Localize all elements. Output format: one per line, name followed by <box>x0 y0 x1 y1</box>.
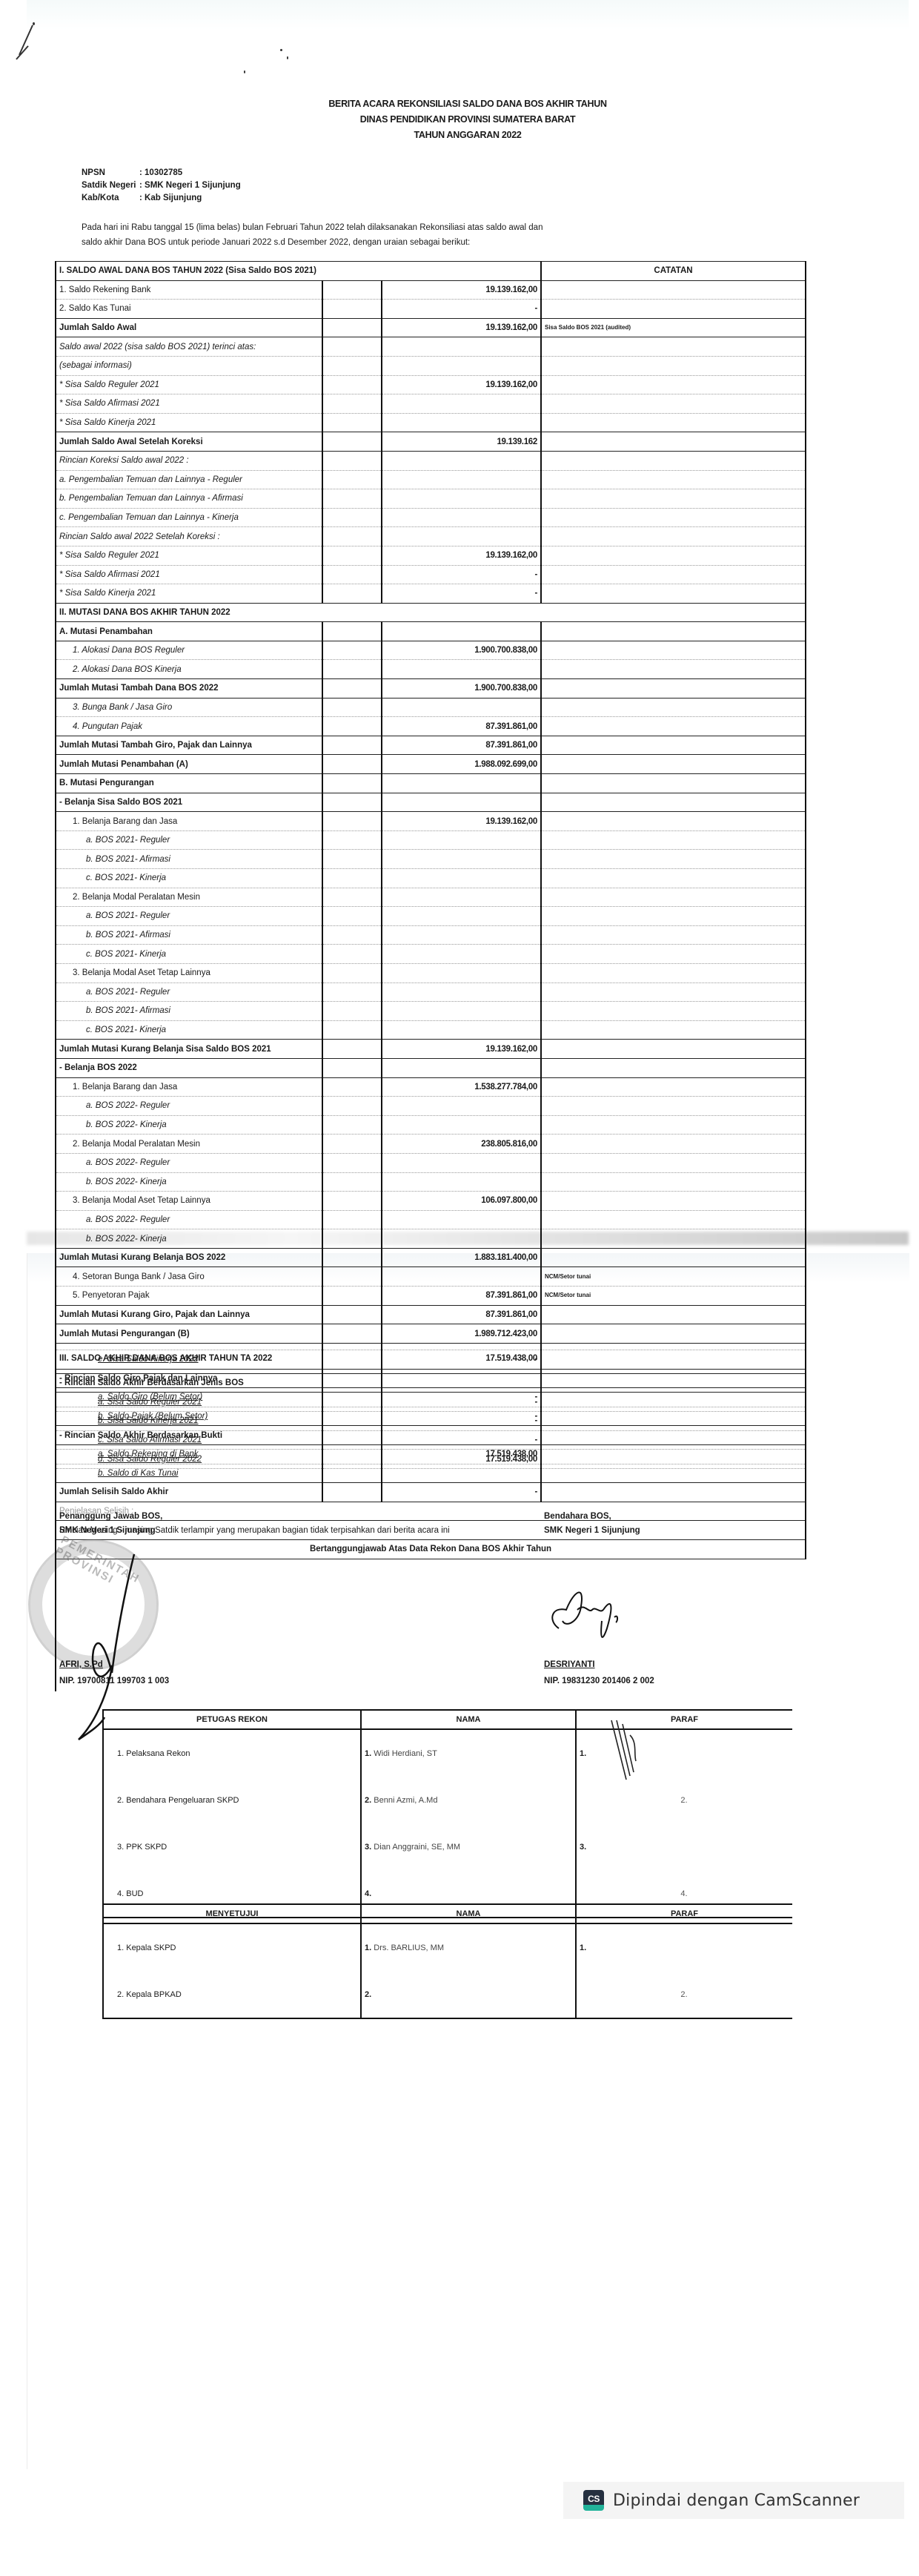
row-note <box>541 1350 806 1370</box>
row-note <box>541 945 806 964</box>
row-value: - <box>382 300 541 319</box>
role-cell: 2. Kepala BPKAD <box>103 1971 361 2018</box>
row-value <box>382 489 541 509</box>
row-note <box>541 413 806 432</box>
paraf-scribble <box>608 1720 652 1787</box>
document-title: BERITA ACARA REKONSILIASI SALDO DANA BOS… <box>27 96 909 143</box>
table-row: 3. Bunga Bank / Jasa Giro <box>56 698 806 717</box>
table-row: B. Mutasi Pengurangan <box>56 774 806 793</box>
blank-cell <box>322 1464 382 1483</box>
blank-cell <box>322 793 382 812</box>
table-row: Jumlah Mutasi Pengurangan (B)1.989.712.4… <box>56 1324 806 1344</box>
table-row: 1. Saldo Rekening Bank19.139.162,00 <box>56 280 806 300</box>
blank-cell <box>322 850 382 869</box>
table-row: Jumlah Mutasi Tambah Dana BOS 20221.900.… <box>56 679 806 699</box>
row-note <box>541 698 806 717</box>
meta-npsn: NPSN: 10302785 <box>82 167 241 179</box>
row-label: * Sisa Saldo Afirmasi 2021 <box>56 565 322 584</box>
blank-cell <box>322 1192 382 1211</box>
blank-cell <box>322 300 382 319</box>
table-row: 1. Alokasi Dana BOS Reguler1.900.700.838… <box>56 641 806 660</box>
paraf-cell: 2. <box>576 1971 792 2018</box>
row-note <box>541 1153 806 1172</box>
blank-cell <box>322 527 382 546</box>
row-value <box>382 982 541 1002</box>
row-value <box>382 963 541 982</box>
table-row: c. Pengembalian Temuan dan Lainnya - Kin… <box>56 508 806 527</box>
section-label: II. MUTASI DANA BOS AKHIR TAHUN 2022 <box>56 603 806 622</box>
row-label: * Sisa Saldo Reguler 2021 <box>56 375 322 394</box>
blank-cell <box>322 830 382 850</box>
blank-cell <box>322 1058 382 1077</box>
table-row: Jumlah Saldo Awal19.139.162,00Sisa Saldo… <box>56 318 806 337</box>
row-label: a. Saldo Rekening di Bank <box>56 1444 322 1464</box>
signature-left: Penanggung Jawab BOS, SMK Negeri 1 Sijun… <box>55 1510 371 1691</box>
row-label: a. BOS 2021- Reguler <box>56 830 322 850</box>
row-label: 2. Alokasi Dana BOS Kinerja <box>56 660 322 679</box>
menyetujui-header: MENYETUJUI <box>103 1904 361 1923</box>
row-label: * Sisa Saldo Afirmasi 2021 <box>56 394 322 414</box>
row-label: c. BOS 2021- Kinerja <box>56 869 322 888</box>
nama-header: NAMA <box>361 1904 576 1923</box>
nama-header: NAMA <box>361 1710 576 1729</box>
table-row: - Rincian Saldo Akhir Berdasarkan Bukti <box>56 1426 806 1445</box>
blank-cell <box>322 546 382 565</box>
row-value: 87.391.861,00 <box>382 736 541 755</box>
blank-cell <box>322 356 382 375</box>
row-note <box>541 1229 806 1249</box>
row-label: 3. Bunga Bank / Jasa Giro <box>56 698 322 717</box>
blank-cell <box>322 982 382 1002</box>
row-value <box>382 1172 541 1192</box>
blank-cell <box>322 318 382 337</box>
row-value <box>382 470 541 489</box>
table-row: b. BOS 2022- Kinerja <box>56 1172 806 1192</box>
blank-cell <box>322 1426 382 1445</box>
table-row: e. Sisa Saldo Kinerja 2022- <box>56 1350 806 1370</box>
row-label: B. Mutasi Pengurangan <box>56 774 322 793</box>
row-value <box>382 451 541 470</box>
row-value: - <box>382 1388 541 1407</box>
blank-cell <box>322 755 382 774</box>
row-value: - <box>382 1483 541 1502</box>
blank-cell <box>322 413 382 432</box>
table-row: b. Saldo di Kas Tunai <box>56 1464 806 1483</box>
meta-kabkota: Kab/Kota: Kab Sijunjung <box>82 192 241 205</box>
row-label: Jumlah Saldo Awal Setelah Koreksi <box>56 432 322 452</box>
row-label: b. Pengembalian Temuan dan Lainnya - Afi… <box>56 489 322 509</box>
table-row: 1. Pelaksana Rekon1. Widi Herdiani, ST1. <box>103 1729 792 1777</box>
reconciliation-table-page-1: I. SALDO AWAL DANA BOS TAHUN 2022 (Sisa … <box>55 261 806 1469</box>
table-row: c. BOS 2021- Kinerja <box>56 1020 806 1040</box>
table-row: Saldo awal 2022 (sisa saldo BOS 2021) te… <box>56 337 806 357</box>
blank-cell <box>322 1020 382 1040</box>
row-label: 1. Saldo Rekening Bank <box>56 280 322 300</box>
row-label: Jumlah Mutasi Penambahan (A) <box>56 755 322 774</box>
row-note <box>541 793 806 812</box>
row-value <box>382 774 541 793</box>
row-value <box>382 508 541 527</box>
scan-speck <box>244 70 245 73</box>
row-value: 1.988.092.699,00 <box>382 755 541 774</box>
blank-cell <box>322 508 382 527</box>
blank-cell <box>322 1097 382 1116</box>
row-label: Jumlah Mutasi Pengurangan (B) <box>56 1324 322 1344</box>
row-value <box>382 925 541 945</box>
table-row: 4. Setoran Bunga Bank / Jasa GiroNCM/Set… <box>56 1267 806 1287</box>
row-note <box>541 1192 806 1211</box>
row-value: - <box>382 565 541 584</box>
blank-cell <box>322 470 382 489</box>
row-note <box>541 546 806 565</box>
row-label: 1. Belanja Barang dan Jasa <box>56 1077 322 1097</box>
blank-cell <box>322 869 382 888</box>
row-note <box>541 1388 806 1407</box>
row-value <box>382 1229 541 1249</box>
table-row: Jumlah Mutasi Penambahan (A)1.988.092.69… <box>56 755 806 774</box>
table-row: b. BOS 2022- Kinerja <box>56 1229 806 1249</box>
row-label: * Sisa Saldo Kinerja 2021 <box>56 413 322 432</box>
blank-cell <box>322 888 382 907</box>
row-value: 238.805.816,00 <box>382 1135 541 1154</box>
row-label: a. BOS 2022- Reguler <box>56 1097 322 1116</box>
row-label: a. Pengembalian Temuan dan Lainnya - Reg… <box>56 470 322 489</box>
row-note <box>541 679 806 699</box>
table-row: Jumlah Saldo Awal Setelah Koreksi19.139.… <box>56 432 806 452</box>
row-label: 4. Pungutan Pajak <box>56 717 322 736</box>
table-row: 3. Belanja Modal Aset Tetap Lainnya106.0… <box>56 1192 806 1211</box>
table-row: a. BOS 2021- Reguler <box>56 830 806 850</box>
row-label: b. Saldo Pajak (Belum Setor) <box>56 1407 322 1426</box>
blank-cell <box>322 1135 382 1154</box>
table-row: 2. Saldo Kas Tunai- <box>56 300 806 319</box>
row-value: 19.139.162,00 <box>382 812 541 831</box>
right-signer-org: SMK Negeri 1 Sijunjung <box>544 1524 796 1538</box>
blank-cell <box>322 1248 382 1267</box>
blank-cell <box>322 1444 382 1464</box>
row-value <box>382 793 541 812</box>
row-label: 2. Belanja Modal Peralatan Mesin <box>56 1135 322 1154</box>
row-note <box>541 850 806 869</box>
row-note <box>541 982 806 1002</box>
scan-speck <box>280 49 282 51</box>
table-row: A. Mutasi Penambahan <box>56 622 806 641</box>
row-value <box>382 1097 541 1116</box>
blank-cell <box>322 1172 382 1192</box>
row-value <box>382 337 541 357</box>
blank-cell <box>322 451 382 470</box>
blank-cell <box>322 641 382 660</box>
row-note <box>541 641 806 660</box>
title-line-2: DINAS PENDIDIKAN PROVINSI SUMATERA BARAT <box>27 112 909 128</box>
row-label: a. BOS 2021- Reguler <box>56 907 322 926</box>
name-cell: 3. Dian Anggraini, SE, MM <box>361 1823 576 1870</box>
blank-cell <box>322 584 382 604</box>
row-label: b. BOS 2022- Kinerja <box>56 1172 322 1192</box>
row-value: 1.900.700.838,00 <box>382 679 541 699</box>
table-row: b. BOS 2021- Afirmasi <box>56 850 806 869</box>
row-note <box>541 812 806 831</box>
blank-cell <box>322 945 382 964</box>
row-value: - <box>382 1350 541 1370</box>
scan-mark <box>13 25 36 62</box>
row-note <box>541 717 806 736</box>
name-cell: 2. Benni Azmi, A.Md <box>361 1777 576 1823</box>
row-value <box>382 1115 541 1135</box>
table-row: a. Saldo Giro (Belum Setor)- <box>56 1388 806 1407</box>
scan-speck <box>287 56 288 59</box>
table-row: 3. Belanja Modal Aset Tetap Lainnya <box>56 963 806 982</box>
paraf-header: PARAF <box>576 1904 792 1923</box>
blank-cell <box>322 489 382 509</box>
row-value <box>382 869 541 888</box>
section-label: I. SALDO AWAL DANA BOS TAHUN 2022 (Sisa … <box>56 262 541 281</box>
row-note <box>541 622 806 641</box>
row-note <box>541 432 806 452</box>
name-cell: 1. Widi Herdiani, ST <box>361 1729 576 1777</box>
row-label: 5. Penyetoran Pajak <box>56 1287 322 1306</box>
paraf-cell: 1. <box>576 1923 792 1971</box>
row-label: A. Mutasi Penambahan <box>56 622 322 641</box>
row-note <box>541 925 806 945</box>
row-value: 19.139.162,00 <box>382 280 541 300</box>
table-row: 4. Pungutan Pajak87.391.861,00 <box>56 717 806 736</box>
table-row: Jumlah Mutasi Kurang Belanja Sisa Saldo … <box>56 1040 806 1059</box>
row-label: 2. Saldo Kas Tunai <box>56 300 322 319</box>
row-note <box>541 963 806 982</box>
blank-cell <box>322 1324 382 1344</box>
row-note <box>541 907 806 926</box>
row-note <box>541 736 806 755</box>
blank-cell <box>322 679 382 699</box>
row-value <box>382 1020 541 1040</box>
row-note <box>541 1369 806 1388</box>
row-label: Jumlah Mutasi Kurang Belanja BOS 2022 <box>56 1248 322 1267</box>
row-value: 1.989.712.423,00 <box>382 1324 541 1344</box>
table-row: a. Pengembalian Temuan dan Lainnya - Reg… <box>56 470 806 489</box>
row-label: * Sisa Saldo Kinerja 2021 <box>56 584 322 604</box>
row-label: 3. Belanja Modal Aset Tetap Lainnya <box>56 963 322 982</box>
row-label: Jumlah Selisih Saldo Akhir <box>56 1483 322 1502</box>
blank-cell <box>322 907 382 926</box>
row-note <box>541 660 806 679</box>
row-label: a. Saldo Giro (Belum Setor) <box>56 1388 322 1407</box>
row-label: Jumlah Saldo Awal <box>56 318 322 337</box>
role-cell: 1. Pelaksana Rekon <box>103 1729 361 1777</box>
row-label: Jumlah Mutasi Kurang Giro, Pajak dan Lai… <box>56 1305 322 1324</box>
row-label: 1. Alokasi Dana BOS Reguler <box>56 641 322 660</box>
blank-cell <box>322 1407 382 1426</box>
row-note: Sisa Saldo BOS 2021 (audited) <box>541 318 806 337</box>
row-value <box>382 907 541 926</box>
row-label: Rincian Koreksi Saldo awal 2022 : <box>56 451 322 470</box>
row-note <box>541 451 806 470</box>
row-value: 106.097.800,00 <box>382 1192 541 1211</box>
row-value: - <box>382 584 541 604</box>
row-note <box>541 1097 806 1116</box>
blank-cell <box>322 660 382 679</box>
row-note <box>541 565 806 584</box>
row-value: 19.139.162,00 <box>382 546 541 565</box>
row-value <box>382 356 541 375</box>
row-label: - Belanja BOS 2022 <box>56 1058 322 1077</box>
signature-right: Bendahara BOS, SMK Negeri 1 Sijunjung DE… <box>544 1510 796 1538</box>
meta-satdik: Satdik Negeri: SMK Negeri 1 Sijunjung <box>82 179 241 192</box>
row-note <box>541 527 806 546</box>
row-value: 87.391.861,00 <box>382 1287 541 1306</box>
camscanner-logo-icon: CS <box>583 2490 604 2511</box>
blank-cell <box>322 963 382 982</box>
row-value <box>382 1426 541 1445</box>
row-label: b. BOS 2021- Afirmasi <box>56 925 322 945</box>
table-row: 2. Belanja Modal Peralatan Mesin <box>56 888 806 907</box>
row-note <box>541 584 806 604</box>
signature-area: PEMERINTAH PROVINSI Penanggung Jawab BOS… <box>55 1510 805 1703</box>
row-value: 19.139.162,00 <box>382 1040 541 1059</box>
row-label: 1. Belanja Barang dan Jasa <box>56 812 322 831</box>
table-row: * Sisa Saldo Reguler 202119.139.162,00 <box>56 546 806 565</box>
row-value <box>382 527 541 546</box>
blank-cell <box>322 1002 382 1021</box>
blank-cell <box>322 812 382 831</box>
title-line-1: BERITA ACARA REKONSILIASI SALDO DANA BOS… <box>27 96 909 112</box>
table-row: b. Saldo Pajak (Belum Setor)- <box>56 1407 806 1426</box>
blank-cell <box>322 717 382 736</box>
row-value: 87.391.861,00 <box>382 717 541 736</box>
row-value <box>382 1058 541 1077</box>
row-note <box>541 1407 806 1426</box>
row-note <box>541 470 806 489</box>
table-row: a. Saldo Rekening di Bank17.519.438,00 <box>56 1444 806 1464</box>
row-note <box>541 1058 806 1077</box>
role-cell: 3. PPK SKPD <box>103 1823 361 1870</box>
blank-cell <box>322 1115 382 1135</box>
row-note <box>541 1172 806 1192</box>
row-label: c. BOS 2021- Kinerja <box>56 945 322 964</box>
left-signer-org: SMK Negeri 1 Sijunjung <box>59 1524 371 1538</box>
blank-cell <box>322 698 382 717</box>
blank-cell <box>322 736 382 755</box>
row-value: 19.139.162,00 <box>382 318 541 337</box>
table-row: b. BOS 2021- Afirmasi <box>56 1002 806 1021</box>
row-value <box>382 830 541 850</box>
table-row: c. BOS 2021- Kinerja <box>56 869 806 888</box>
watermark-text: Dipindai dengan CamScanner <box>613 2491 860 2510</box>
row-note <box>541 1020 806 1040</box>
blank-cell <box>322 1287 382 1306</box>
table-row: 1. Belanja Barang dan Jasa19.139.162,00 <box>56 812 806 831</box>
row-value <box>382 413 541 432</box>
paraf-cell: 3. <box>576 1823 792 1870</box>
row-value: - <box>382 1407 541 1426</box>
table-row: (sebagai informasi) <box>56 356 806 375</box>
role-cell: 2. Bendahara Pengeluaran SKPD <box>103 1777 361 1823</box>
row-value <box>382 1210 541 1229</box>
table-row: 2. Belanja Modal Peralatan Mesin238.805.… <box>56 1135 806 1154</box>
blank-cell <box>322 1388 382 1407</box>
row-note <box>541 1135 806 1154</box>
camscanner-watermark: CS Dipindai dengan CamScanner <box>563 2482 904 2519</box>
table-row: * Sisa Saldo Reguler 202119.139.162,00 <box>56 375 806 394</box>
table-row: 3. PPK SKPD3. Dian Anggraini, SE, MM3. <box>103 1823 792 1870</box>
row-note <box>541 1444 806 1464</box>
row-label: Rincian Saldo awal 2022 Setelah Koreksi … <box>56 527 322 546</box>
table-row: c. BOS 2021- Kinerja <box>56 945 806 964</box>
row-label: c. Pengembalian Temuan dan Lainnya - Kin… <box>56 508 322 527</box>
row-note <box>541 1040 806 1059</box>
blank-cell <box>322 1077 382 1097</box>
right-signer-name: DESRIYANTI <box>544 1658 595 1672</box>
row-value: 1.538.277.784,00 <box>382 1077 541 1097</box>
table-row: b. Pengembalian Temuan dan Lainnya - Afi… <box>56 489 806 509</box>
row-label: a. BOS 2022- Reguler <box>56 1153 322 1172</box>
petugas-rekon-table: PETUGAS REKON NAMA PARAF 1. Pelaksana Re… <box>102 1709 792 1918</box>
row-label: - Rincian Saldo Giro,Pajak dan Lainnya <box>56 1369 322 1388</box>
row-note <box>541 489 806 509</box>
blank-cell <box>322 337 382 357</box>
intro-paragraph: Pada hari ini Rabu tanggal 15 (lima bela… <box>82 220 852 250</box>
table-row: Jumlah Selisih Saldo Akhir- <box>56 1483 806 1502</box>
table-row: a. BOS 2021- Reguler <box>56 907 806 926</box>
row-value: 1.883.181.400,00 <box>382 1248 541 1267</box>
table-row: b. BOS 2022- Kinerja <box>56 1115 806 1135</box>
catatan-header: CATATAN <box>541 262 806 281</box>
menyetujui-table: MENYETUJUI NAMA PARAF 1. Kepala SKPD1. D… <box>102 1903 792 2019</box>
right-signer-role: Bendahara BOS, <box>544 1510 796 1524</box>
row-value: 17.519.438,00 <box>382 1444 541 1464</box>
table-row: I. SALDO AWAL DANA BOS TAHUN 2022 (Sisa … <box>56 262 806 281</box>
blank-cell <box>322 1040 382 1059</box>
right-signature-scribble <box>544 1576 633 1651</box>
blank-cell <box>322 925 382 945</box>
row-note <box>541 356 806 375</box>
row-value <box>382 622 541 641</box>
row-value: 87.391.861,00 <box>382 1305 541 1324</box>
row-value: 19.139.162 <box>382 432 541 452</box>
blank-cell <box>322 394 382 414</box>
table-row: 1. Belanja Barang dan Jasa1.538.277.784,… <box>56 1077 806 1097</box>
table-row: Jumlah Mutasi Tambah Giro, Pajak dan Lai… <box>56 736 806 755</box>
row-note <box>541 1464 806 1483</box>
row-note <box>541 300 806 319</box>
row-note <box>541 1115 806 1135</box>
row-label: b. Saldo di Kas Tunai <box>56 1464 322 1483</box>
name-cell: 2. <box>361 1971 576 2018</box>
table-row: 5. Penyetoran Pajak87.391.861,00NCM/Seto… <box>56 1287 806 1306</box>
blank-cell <box>322 280 382 300</box>
row-note <box>541 755 806 774</box>
row-note <box>541 508 806 527</box>
row-note <box>541 1483 806 1502</box>
row-value <box>382 1464 541 1483</box>
row-value <box>382 1369 541 1388</box>
row-label: - Rincian Saldo Akhir Berdasarkan Bukti <box>56 1426 322 1445</box>
table-row: a. BOS 2022- Reguler <box>56 1097 806 1116</box>
name-cell: 1. Drs. BARLIUS, MM <box>361 1923 576 1971</box>
blank-cell <box>322 1305 382 1324</box>
row-label: b. BOS 2022- Kinerja <box>56 1229 322 1249</box>
table-row: Rincian Saldo awal 2022 Setelah Koreksi … <box>56 527 806 546</box>
blank-cell <box>322 1483 382 1502</box>
table-row: * Sisa Saldo Kinerja 2021- <box>56 584 806 604</box>
row-note <box>541 869 806 888</box>
blank-cell <box>322 1229 382 1249</box>
table-row: Jumlah Mutasi Kurang Belanja BOS 20221.8… <box>56 1248 806 1267</box>
row-note <box>541 1210 806 1229</box>
row-note <box>541 1002 806 1021</box>
row-note <box>541 830 806 850</box>
row-value <box>382 1002 541 1021</box>
